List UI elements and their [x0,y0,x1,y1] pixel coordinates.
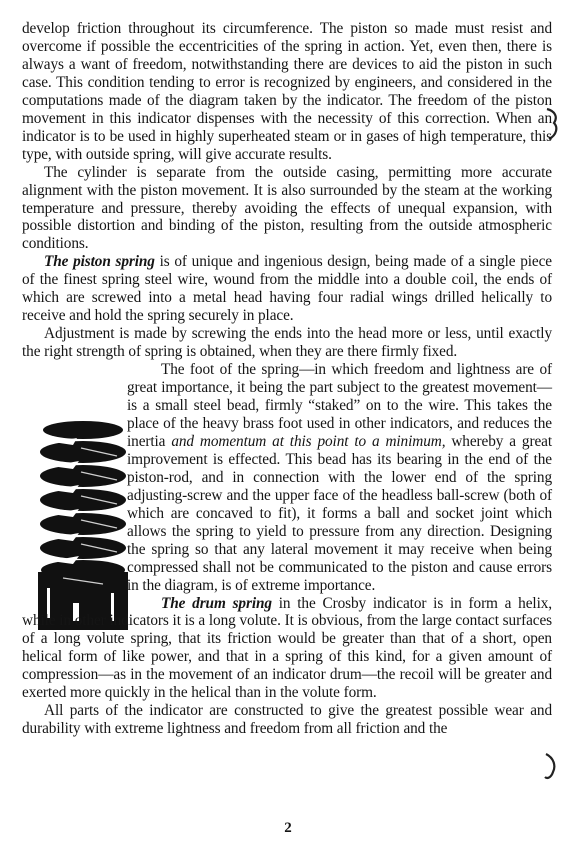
scanned-page: develop friction throughout its circumfe… [0,0,576,851]
page-number: 2 [0,820,576,837]
paragraph-5-italic: and momentum at this point to a minimum, [171,433,445,450]
piston-spring-heading: The piston spring [44,253,155,270]
paragraph-3: The piston spring is of unique and ingen… [22,253,552,325]
paragraph-5-part-b: whereby a great improvement is effected.… [127,433,552,594]
drum-spring-heading: The drum spring [161,595,272,612]
figure-float-spacer [22,361,125,596]
paragraph-1: develop friction throughout its circumfe… [22,20,552,164]
paragraph-2: The cylinder is separate from the outsid… [22,164,552,254]
page-edge-bracket-icon [543,752,559,782]
body-text: develop friction throughout its circumfe… [22,20,552,738]
paragraph-4: Adjustment is made by screwing the ends … [22,325,552,361]
paragraph-6: The drum spring in the Crosby indicator … [22,595,552,703]
paragraph-6-body: in the Crosby indicator is in form a hel… [22,595,552,702]
paragraph-7: All parts of the indicator are construct… [22,702,552,738]
